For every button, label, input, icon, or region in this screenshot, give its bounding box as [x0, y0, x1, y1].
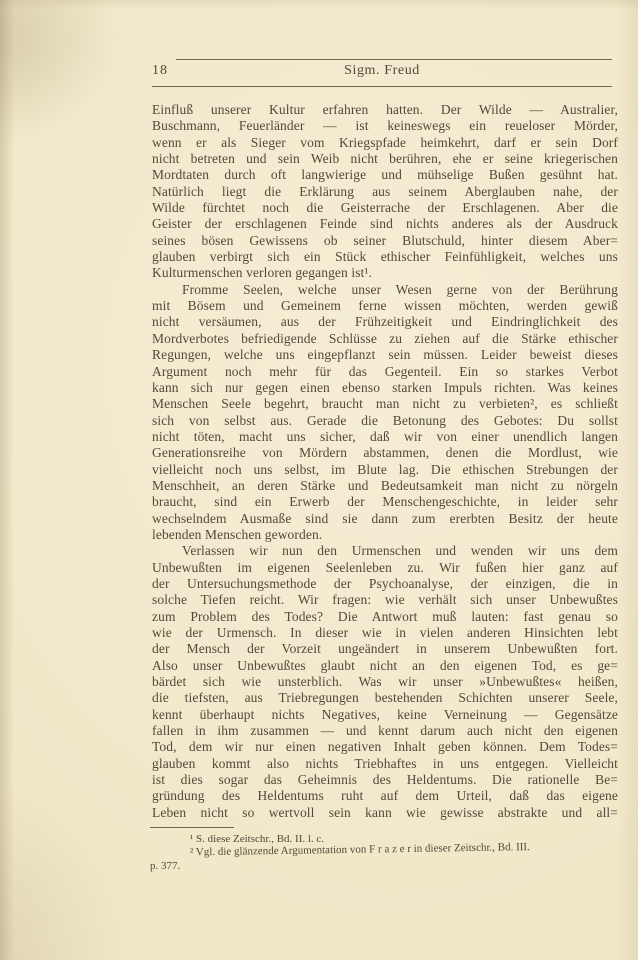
text-line: Unbewußten im eigenen Seelenleben zu. Wi… [152, 560, 618, 576]
text-line: Wilde fürchtet noch die Geisterrache der… [152, 200, 618, 216]
body-text: Einfluß unserer Kultur erfahren hatten. … [152, 102, 618, 821]
footnote-line: p. 377. [150, 860, 620, 874]
text-line: Leben nicht so wertvoll sein kann wie ge… [152, 805, 618, 821]
text-line: Regungen, welche uns eingepflanzt sein m… [152, 347, 618, 363]
text-line: Fromme Seelen, welche unser Wesen gerne … [152, 282, 618, 298]
book-page-scan: 18 Sigm. Freud Einfluß unserer Kultur er… [0, 0, 638, 960]
text-line: Argument noch mehr für das Gegenteil. Ei… [152, 364, 618, 380]
text-line: solche Tiefen reicht. Wir fragen: wie ve… [152, 592, 618, 608]
text-line: Also unser Unbewußtes glaubt nicht an de… [152, 658, 618, 674]
text-line: vielleicht noch uns selbst, im Blute lag… [152, 462, 618, 478]
text-line: nicht betreten und sein Weib nicht berüh… [152, 151, 618, 167]
running-head: Sigm. Freud [152, 63, 612, 79]
text-line: nicht töten, macht uns sicher, daß wir v… [152, 429, 618, 445]
text-line: kann sich nur gegen einen ebenso starken… [152, 380, 618, 396]
text-line: glauben kommt also nichts Triebhaftes in… [152, 756, 618, 772]
text-line: gründung des Heldentums ruht auf dem Urt… [152, 788, 618, 804]
text-line: Einfluß unserer Kultur erfahren hatten. … [152, 102, 618, 118]
text-line: Verlassen wir nun den Urmenschen und wen… [152, 543, 618, 559]
text-line: nicht versäumen, aus der Frühzeitigkeit … [152, 314, 618, 330]
text-line: Tod, dem wir nur einen negativen Inhalt … [152, 739, 618, 755]
text-line: kennt überhaupt nichts Negatives, keine … [152, 707, 618, 723]
text-line: bärdet sich wie unsterblich. Was wir uns… [152, 674, 618, 690]
text-line: zum Problem des Todes? Die Antwort muß l… [152, 609, 618, 625]
footnote-separator [150, 827, 234, 828]
text-line: Geister der erschlagenen Feinde sind nic… [152, 216, 618, 232]
text-line: Mordverbotes befriedigende Schlüsse zu z… [152, 331, 618, 347]
text-line: braucht, sind ein Erwerb der Menschenges… [152, 494, 618, 510]
text-line: Buschmann, Feuerländer — ist keineswegs … [152, 118, 618, 134]
text-line: wechselndem Ausmaße sind sie dann zum er… [152, 511, 618, 527]
text-line: seines bösen Gewissens ob seiner Blutsch… [152, 233, 618, 249]
text-line: Menschheit, an deren Stärke und Bedeutsa… [152, 478, 618, 494]
text-line: glauben verbirgt sich ein Stück ethische… [152, 249, 618, 265]
text-line: Kulturmenschen verloren gegangen ist¹. [152, 265, 618, 281]
text-line: sich von selbst aus. Gerade die Betonung… [152, 413, 618, 429]
text-line: ist dies sogar das Geheimnis des Heldent… [152, 772, 618, 788]
text-line: der Untersuchungsmethode der Psychoanaly… [152, 576, 618, 592]
text-line: Mordtaten durch oft langwierige und mühs… [152, 167, 618, 183]
text-line: Generationsreihe von Mördern abstammen, … [152, 445, 618, 461]
text-line: Menschen Seele begehrt, braucht man nich… [152, 396, 618, 412]
text-line: der Mensch der Vorzeit ungeändert in uns… [152, 641, 618, 657]
text-line: mit Bösem und Gemeinem ferne wissen möch… [152, 298, 618, 314]
text-line: lebenden Menschen geworden. [152, 527, 618, 543]
text-line: wenn er als Sieger vom Kriegspfade heimk… [152, 135, 618, 151]
footnotes: ¹ S. diese Zeitschr., Bd. II. l. c.² Vgl… [150, 833, 620, 874]
text-line: wie der Urmensch. In dieser wie in viele… [152, 625, 618, 641]
text-line: fallen in ihm zusammen — und kennt darum… [152, 723, 618, 739]
header-rule-bottom [152, 86, 612, 87]
text-line: Natürlich liegt die Erklärung aus seinem… [152, 184, 618, 200]
header-rule-top [176, 59, 612, 60]
text-line: die tiefsten, aus Triebregungen bestehen… [152, 690, 618, 706]
